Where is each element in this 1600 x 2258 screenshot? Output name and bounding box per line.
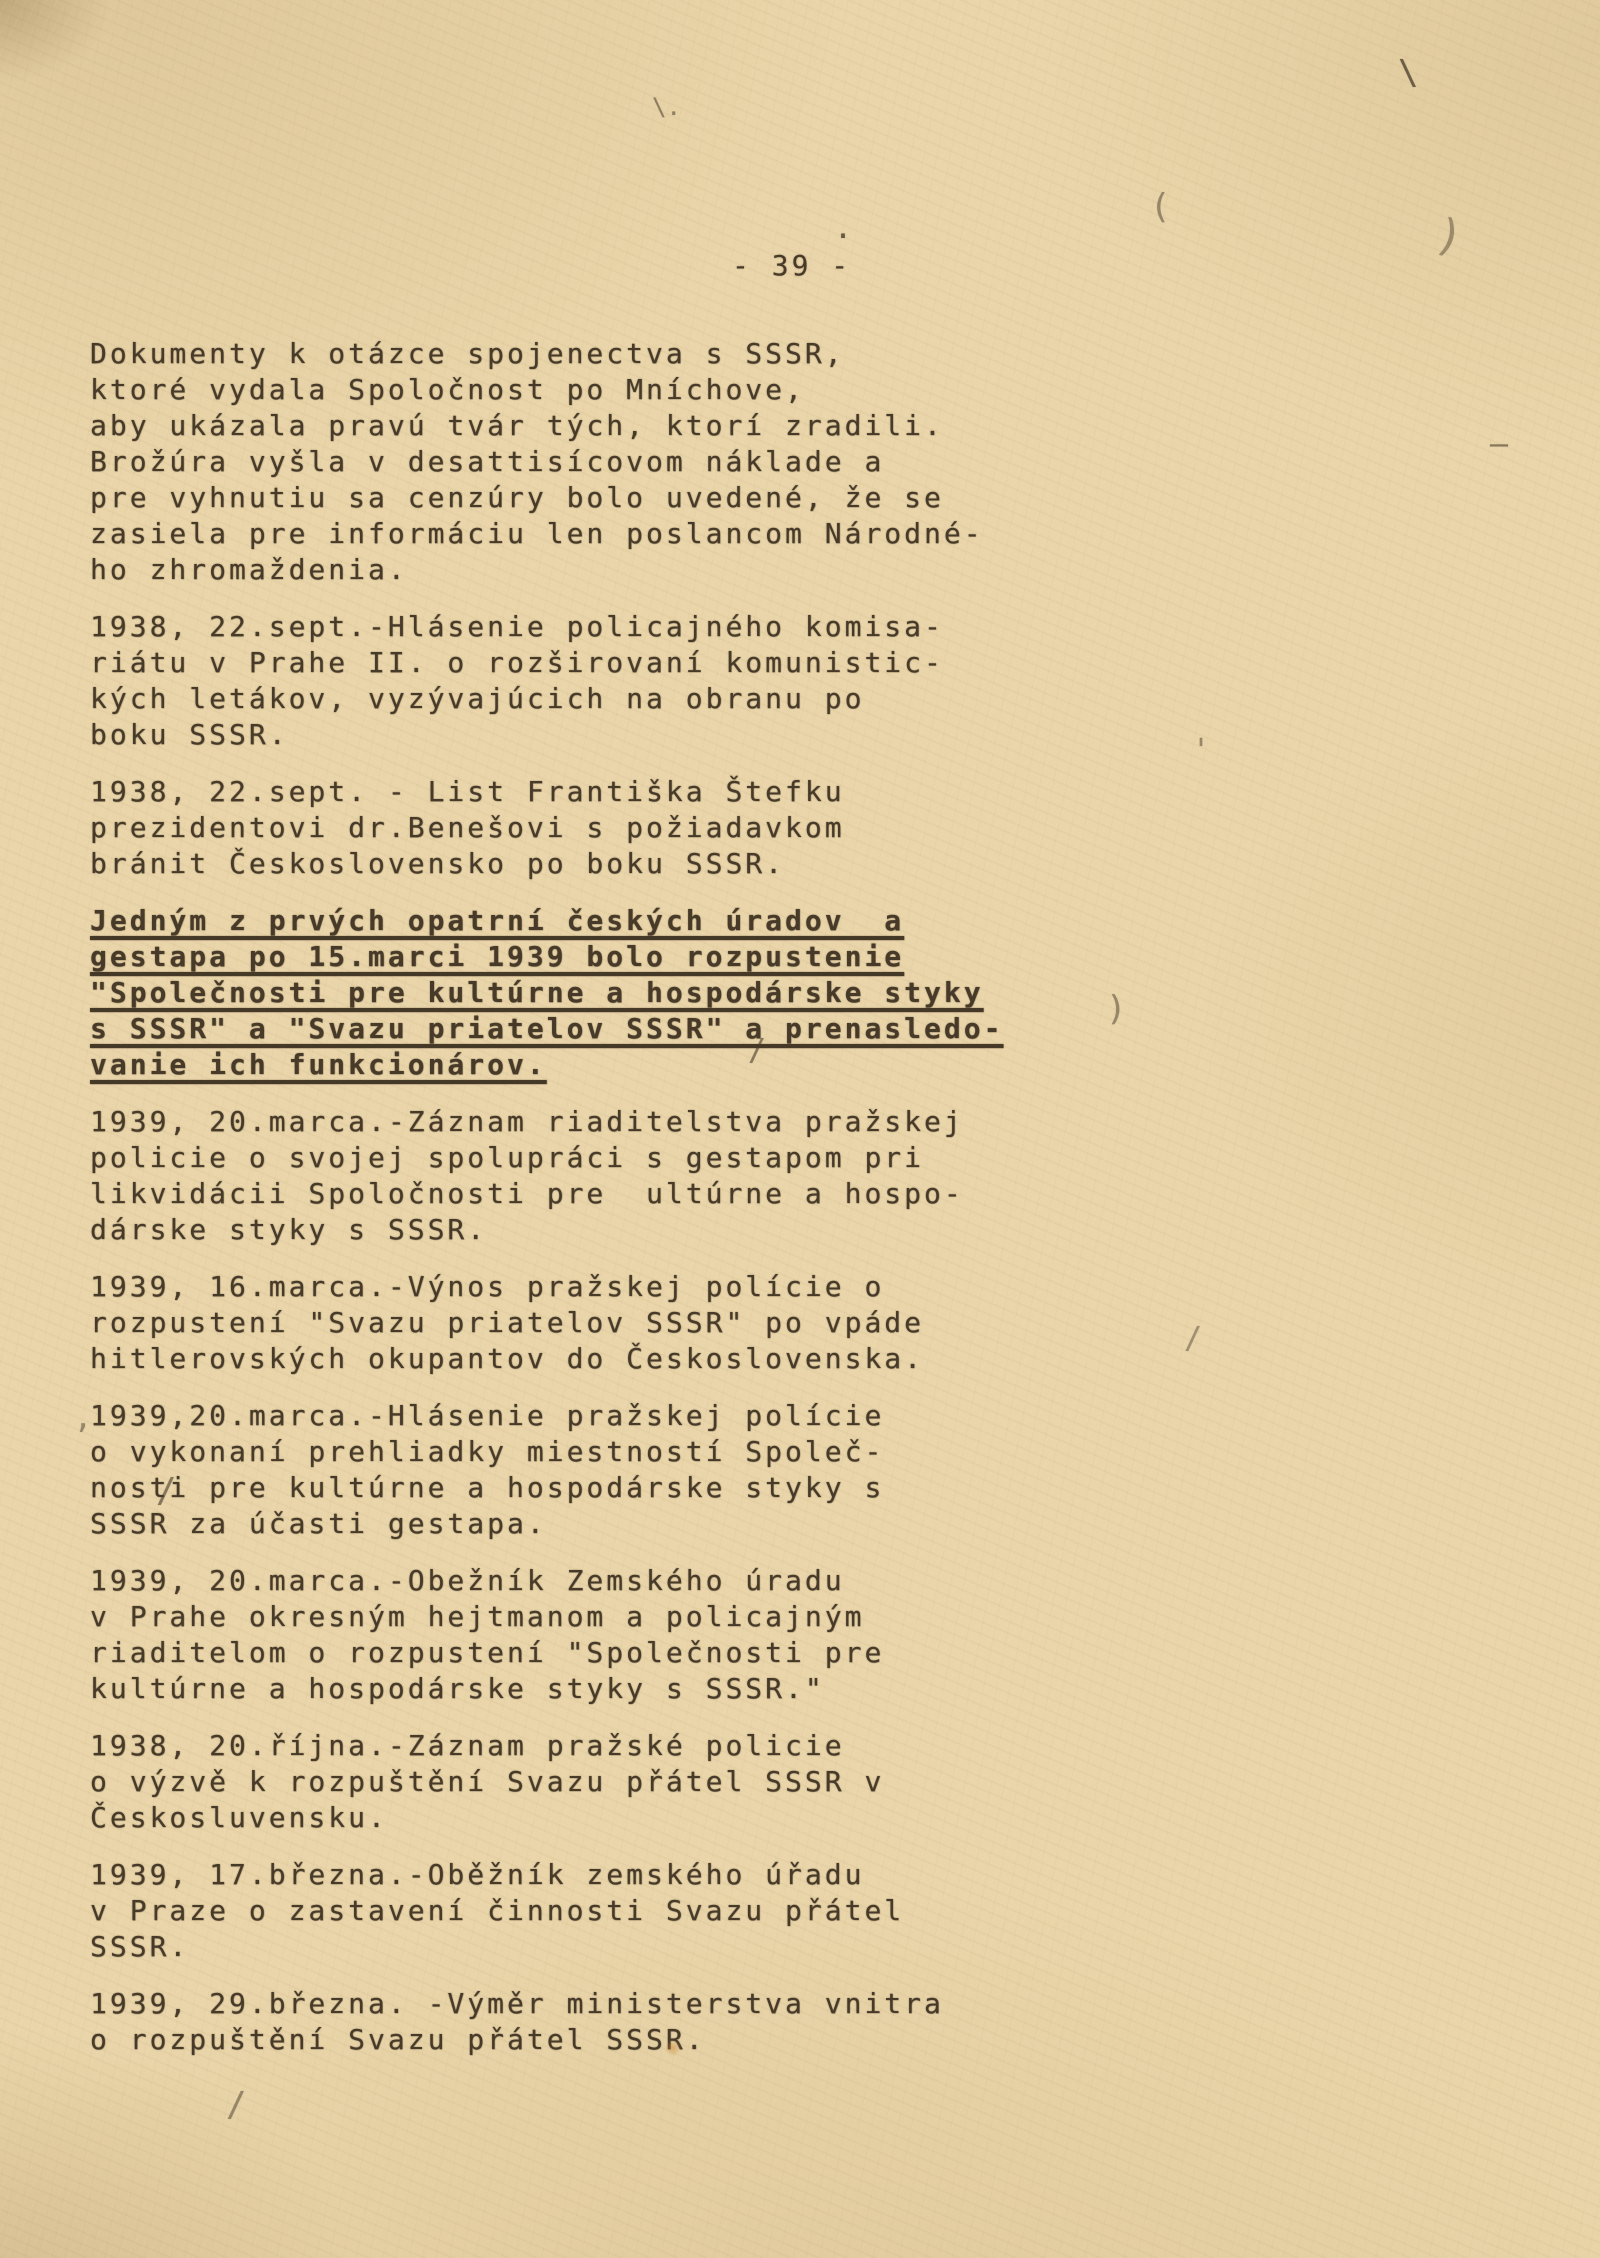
paragraph-1939-17-brezna-obeznik: 1939, 17.března.-Oběžník zemského úřadu … — [90, 1857, 1120, 1965]
text-line: dárske styky s SSSR. — [90, 1212, 1120, 1248]
underlined-text-line: "Společnosti pre kultúrne a hospodárske … — [90, 975, 1120, 1011]
text-line: zasiela pre informáciu len poslancom Nár… — [90, 516, 1120, 552]
text-line: o výzvě k rozpuštění Svazu přátel SSSR v — [90, 1764, 1120, 1800]
paragraph-1939-29-brezna-vymer: 1939, 29.března. -Výměr ministerstva vni… — [90, 1986, 1120, 2058]
stray-ink-mark: , — [74, 1404, 92, 1434]
text-line: policie o svojej spolupráci s gestapom p… — [90, 1140, 1120, 1176]
paragraph-1938-22-sept-list-stefku: 1938, 22.sept. - List Františka Štefku p… — [90, 774, 1120, 882]
paragraph-1938-22-sept-hlasenie: 1938, 22.sept.-Hlásenie policajného komi… — [90, 609, 1120, 753]
text-line: ho zhromaždenia. — [90, 552, 1120, 588]
underlined-text-line: vanie ich funkcionárov. — [90, 1047, 1120, 1083]
text-line: Dokumenty k otázce spojenectva s SSSR, — [90, 336, 1120, 372]
paragraph-1939-20-marca-zaznam: 1939, 20.marca.-Záznam riaditelstva praž… — [90, 1104, 1120, 1248]
text-line: o vykonaní prehliadky miestností Společ- — [90, 1434, 1120, 1470]
text-line: riaditelom o rozpustení "Společnosti pre — [90, 1635, 1120, 1671]
text-line: rozpustení "Svazu priatelov SSSR" po vpá… — [90, 1305, 1120, 1341]
text-line: 1939,20.marca.-Hlásenie pražskej polície — [90, 1398, 1120, 1434]
text-line: 1938, 22.sept. - List Františka Štefku — [90, 774, 1120, 810]
stray-ink-mark: — — [1490, 430, 1508, 460]
text-line: o rozpuštění Svazu přátel SSSR. — [90, 2022, 1120, 2058]
paragraph-dokumenty-intro: Dokumenty k otázce spojenectva s SSSR, k… — [90, 336, 1120, 588]
stray-ink-mark: . — [834, 214, 852, 244]
underlined-text-line: s SSSR" a "Svazu priatelov SSSR" a prena… — [90, 1011, 1120, 1047]
underlined-text-line: gestapa po 15.marci 1939 bolo rozpusteni… — [90, 939, 1120, 975]
text-line: ktoré vydala Spoločnost po Mníchove, — [90, 372, 1120, 408]
text-line: prezidentovi dr.Benešovi s požiadavkom — [90, 810, 1120, 846]
stray-ink-mark: ) — [1106, 994, 1126, 1024]
text-line: 1939, 20.marca.-Záznam riaditelstva praž… — [90, 1104, 1120, 1140]
text-line: 1939, 29.března. -Výměr ministerstva vni… — [90, 1986, 1120, 2022]
text-line: 1939, 20.marca.-Obežník Zemského úradu — [90, 1563, 1120, 1599]
stray-ink-mark: ( — [1150, 192, 1170, 222]
text-line: SSSR za účasti gestapa. — [90, 1506, 1120, 1542]
text-line: aby ukázala pravú tvár tých, ktorí zradi… — [90, 408, 1120, 444]
text-line: kých letákov, vyzývajúcich na obranu po — [90, 681, 1120, 717]
text-line: v Praze o zastavení činnosti Svazu přáte… — [90, 1893, 1120, 1929]
stray-ink-mark: \. — [652, 92, 681, 122]
text-line: likvidácii Spoločnosti pre ultúrne a hos… — [90, 1176, 1120, 1212]
text-line: pre vyhnutiu sa cenzúry bolo uvedené, že… — [90, 480, 1120, 516]
stray-ink-mark: / — [156, 1476, 176, 1506]
text-line: 1938, 22.sept.-Hlásenie policajného komi… — [90, 609, 1120, 645]
text-line: 1938, 20.října.-Záznam pražské policie — [90, 1728, 1120, 1764]
stray-ink-mark: / — [1184, 1324, 1202, 1354]
paragraph-1939-16-marca-vynos: 1939, 16.marca.-Výnos pražskej polície o… — [90, 1269, 1120, 1377]
typewritten-text-block: Dokumenty k otázce spojenectva s SSSR, k… — [90, 336, 1120, 2079]
text-line: SSSR. — [90, 1929, 1120, 1965]
text-line: hitlerovských okupantov do Československ… — [90, 1341, 1120, 1377]
stray-ink-mark: ) — [1433, 219, 1466, 255]
underlined-text-line: Jedným z prvých opatrní českých úradov a — [90, 903, 1120, 939]
paragraph-1938-20-rijna-zaznam: 1938, 20.října.-Záznam pražské policie o… — [90, 1728, 1120, 1836]
text-line: bránit Československo po boku SSSR. — [90, 846, 1120, 882]
paragraph-1939-20-marca-obeznik: 1939, 20.marca.-Obežník Zemského úradu v… — [90, 1563, 1120, 1707]
paragraph-gestapo-rozpustenie-underlined: Jedným z prvých opatrní českých úradov a… — [90, 903, 1120, 1083]
page-number: - 39 - — [732, 248, 851, 284]
paper-stain — [664, 2040, 682, 2056]
stray-ink-mark: / — [748, 1036, 766, 1066]
text-line: 1939, 16.marca.-Výnos pražskej polície o — [90, 1269, 1120, 1305]
text-line: 1939, 17.března.-Oběžník zemského úřadu — [90, 1857, 1120, 1893]
text-line: Českosluvensku. — [90, 1800, 1120, 1836]
text-line: nosti pre kultúrne a hospodárske styky s — [90, 1470, 1120, 1506]
text-line: Brožúra vyšla v desattisícovom náklade a — [90, 444, 1120, 480]
stray-ink-mark: / — [226, 2090, 246, 2120]
text-line: v Prahe okresným hejtmanom a policajným — [90, 1599, 1120, 1635]
paragraph-1939-20-marca-hlasenie: 1939,20.marca.-Hlásenie pražskej polície… — [90, 1398, 1120, 1542]
text-line: riátu v Prahe II. o rozširovaní komunist… — [90, 645, 1120, 681]
document-page: - 39 - Dokumenty k otázce spojenectva s … — [0, 0, 1600, 2258]
stray-ink-mark: \ — [1398, 58, 1418, 88]
stray-ink-mark: ' — [1192, 736, 1210, 766]
text-line: kultúrne a hospodárske styky s SSSR." — [90, 1671, 1120, 1707]
text-line: boku SSSR. — [90, 717, 1120, 753]
